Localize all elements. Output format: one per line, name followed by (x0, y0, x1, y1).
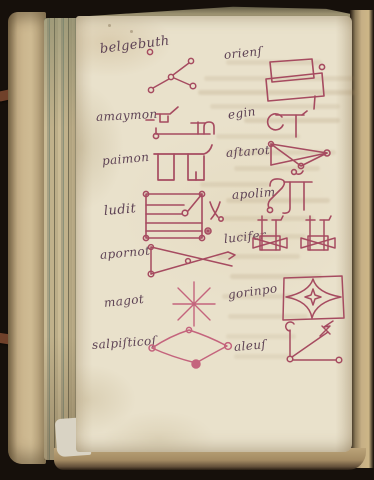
page-fore-edges (44, 18, 78, 460)
label-magot: magot (103, 292, 145, 310)
sigil-belzebuth (140, 44, 206, 98)
sigil-aleus (278, 318, 348, 370)
sigil-ludit (136, 186, 224, 248)
parchment-cover (8, 12, 46, 464)
sigil-magot (168, 278, 220, 330)
manuscript-photo: belgebuth orienſ (0, 0, 374, 480)
sigil-amaymon (144, 104, 222, 144)
sigil-paimon (148, 142, 222, 190)
manuscript-page: belgebuth orienſ (76, 16, 352, 452)
sigil-lucifer (252, 210, 342, 262)
label-ludit: ludit (103, 201, 136, 219)
ink-speck (108, 24, 111, 27)
sigil-egin (262, 106, 312, 140)
ink-speck (130, 30, 133, 33)
label-aleus: aleuſ (233, 337, 266, 354)
sigil-salpisticos (144, 324, 236, 372)
label-paimon: paimon (101, 150, 149, 168)
